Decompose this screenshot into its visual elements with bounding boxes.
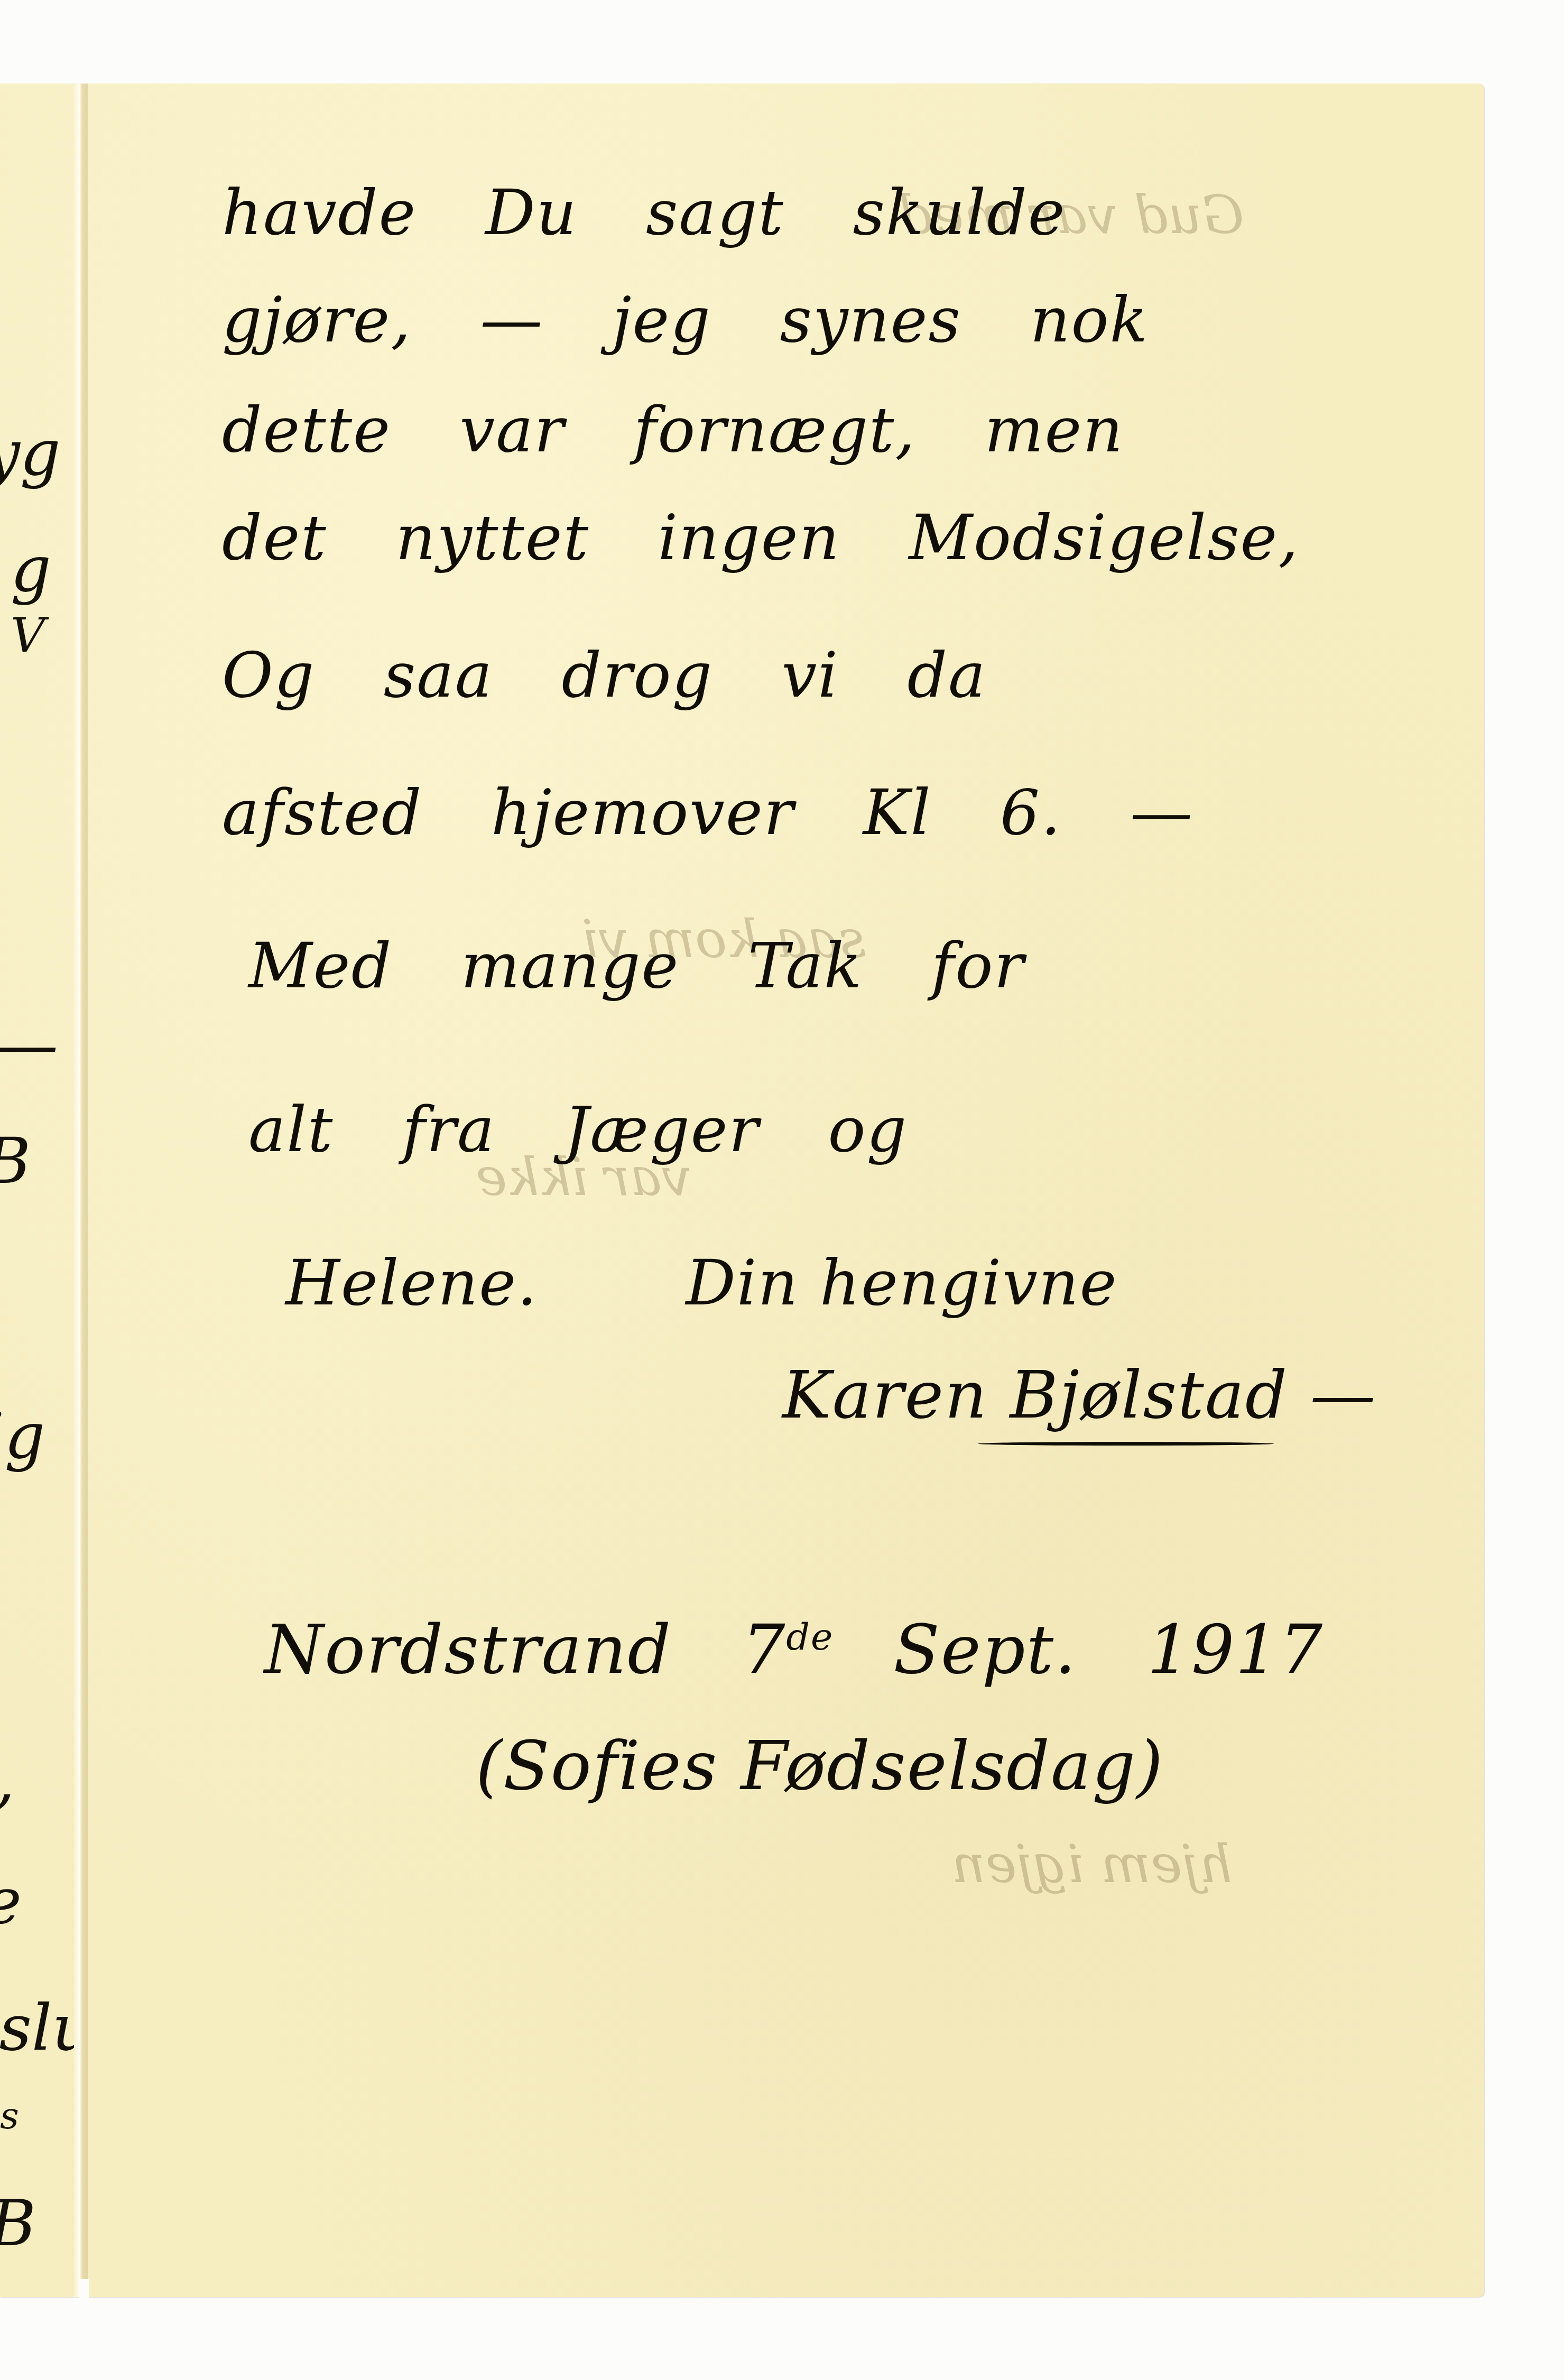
word: hjemover bbox=[491, 781, 794, 844]
word: ingen bbox=[658, 506, 840, 569]
word: saa bbox=[384, 644, 493, 706]
day-suffix: de bbox=[786, 1615, 834, 1659]
word: nok bbox=[1030, 289, 1149, 351]
word: skulde bbox=[853, 181, 1066, 244]
word: — bbox=[1130, 781, 1193, 844]
letter-line-4: det nyttet ingen Modsigelse, bbox=[222, 506, 1299, 569]
word: dette bbox=[222, 399, 391, 461]
word: vi bbox=[782, 644, 839, 706]
word: jeg bbox=[612, 289, 711, 351]
word: Med bbox=[248, 934, 392, 997]
word: alt bbox=[248, 1098, 334, 1161]
word: Du bbox=[485, 181, 578, 244]
letter-line-6: afsted hjemover Kl 6. — bbox=[222, 781, 1193, 844]
word: det bbox=[222, 506, 327, 569]
word: fornægt, bbox=[634, 399, 917, 461]
signature-flourish bbox=[978, 1442, 1274, 1446]
word: Jæger bbox=[564, 1098, 760, 1161]
signature: Karen Bjølstad — bbox=[782, 1363, 1377, 1428]
word: havde bbox=[222, 181, 417, 244]
letter-line-1: havde Du sagt skulde bbox=[222, 181, 1066, 244]
word: 6. bbox=[1000, 781, 1062, 844]
left-fragment: V bbox=[11, 612, 45, 660]
center-fold bbox=[74, 84, 88, 2297]
word: fra bbox=[402, 1098, 495, 1161]
letter-line-7: Med mange Tak for bbox=[248, 934, 1025, 997]
word: synes bbox=[780, 289, 961, 351]
left-fragment: g bbox=[11, 538, 51, 601]
recipient-name: Helene. bbox=[285, 1252, 538, 1314]
ink-bleed: hjem igjen bbox=[951, 1833, 1233, 1895]
left-fragment: B bbox=[0, 2192, 36, 2256]
word: Kl bbox=[863, 781, 932, 844]
word: Tak bbox=[748, 934, 863, 997]
letter-line-8: alt fra Jæger og bbox=[248, 1098, 908, 1161]
letter-line-2: gjøre, — jeg synes nok bbox=[222, 289, 1149, 351]
place: Nordstrand bbox=[264, 1616, 672, 1684]
left-fragment: B bbox=[0, 1130, 31, 1193]
letter-line-3: dette var fornægt, men bbox=[222, 399, 1124, 461]
letter-line-5: Og saa drog vi da bbox=[222, 644, 986, 706]
fold-tear bbox=[79, 2279, 89, 2300]
left-fragment: — bbox=[0, 1014, 58, 1077]
day: 7 bbox=[742, 1610, 786, 1689]
word: gjøre, bbox=[222, 289, 412, 351]
left-fragment: lslut bbox=[0, 1997, 74, 2060]
word: sagt bbox=[646, 181, 784, 244]
word: — bbox=[480, 289, 543, 351]
word: men bbox=[985, 399, 1124, 461]
word: og bbox=[828, 1098, 908, 1161]
word: afsted bbox=[222, 781, 422, 844]
word: Modsigelse, bbox=[909, 506, 1299, 569]
left-fragment: yg bbox=[0, 422, 61, 485]
left-page-strip: yg g V — B ig , e lslut s B bbox=[0, 84, 74, 2297]
word: mange bbox=[461, 934, 680, 997]
word: for bbox=[931, 934, 1025, 997]
left-fragment: , bbox=[0, 1748, 15, 1812]
closing-line: Helene. Din hengivne bbox=[285, 1252, 1118, 1314]
word: Og bbox=[222, 644, 315, 706]
word: var bbox=[460, 399, 565, 461]
left-fragment: ig bbox=[0, 1405, 45, 1468]
word: da bbox=[908, 644, 987, 706]
letter-page: yg g V — B ig , e lslut s B Gud var med … bbox=[0, 84, 1484, 2297]
left-fragment: e bbox=[0, 1870, 22, 1933]
word: drog bbox=[562, 644, 714, 706]
dateline-note: (Sofies Fødselsdag) bbox=[476, 1733, 1164, 1800]
valediction: Din hengivne bbox=[686, 1252, 1117, 1314]
dateline: Nordstrand 7de Sept. 1917 bbox=[264, 1616, 1324, 1684]
word: nyttet bbox=[395, 506, 589, 569]
left-fragment: s bbox=[0, 2097, 19, 2134]
month: Sept. bbox=[893, 1616, 1077, 1684]
year: 1917 bbox=[1147, 1616, 1324, 1684]
